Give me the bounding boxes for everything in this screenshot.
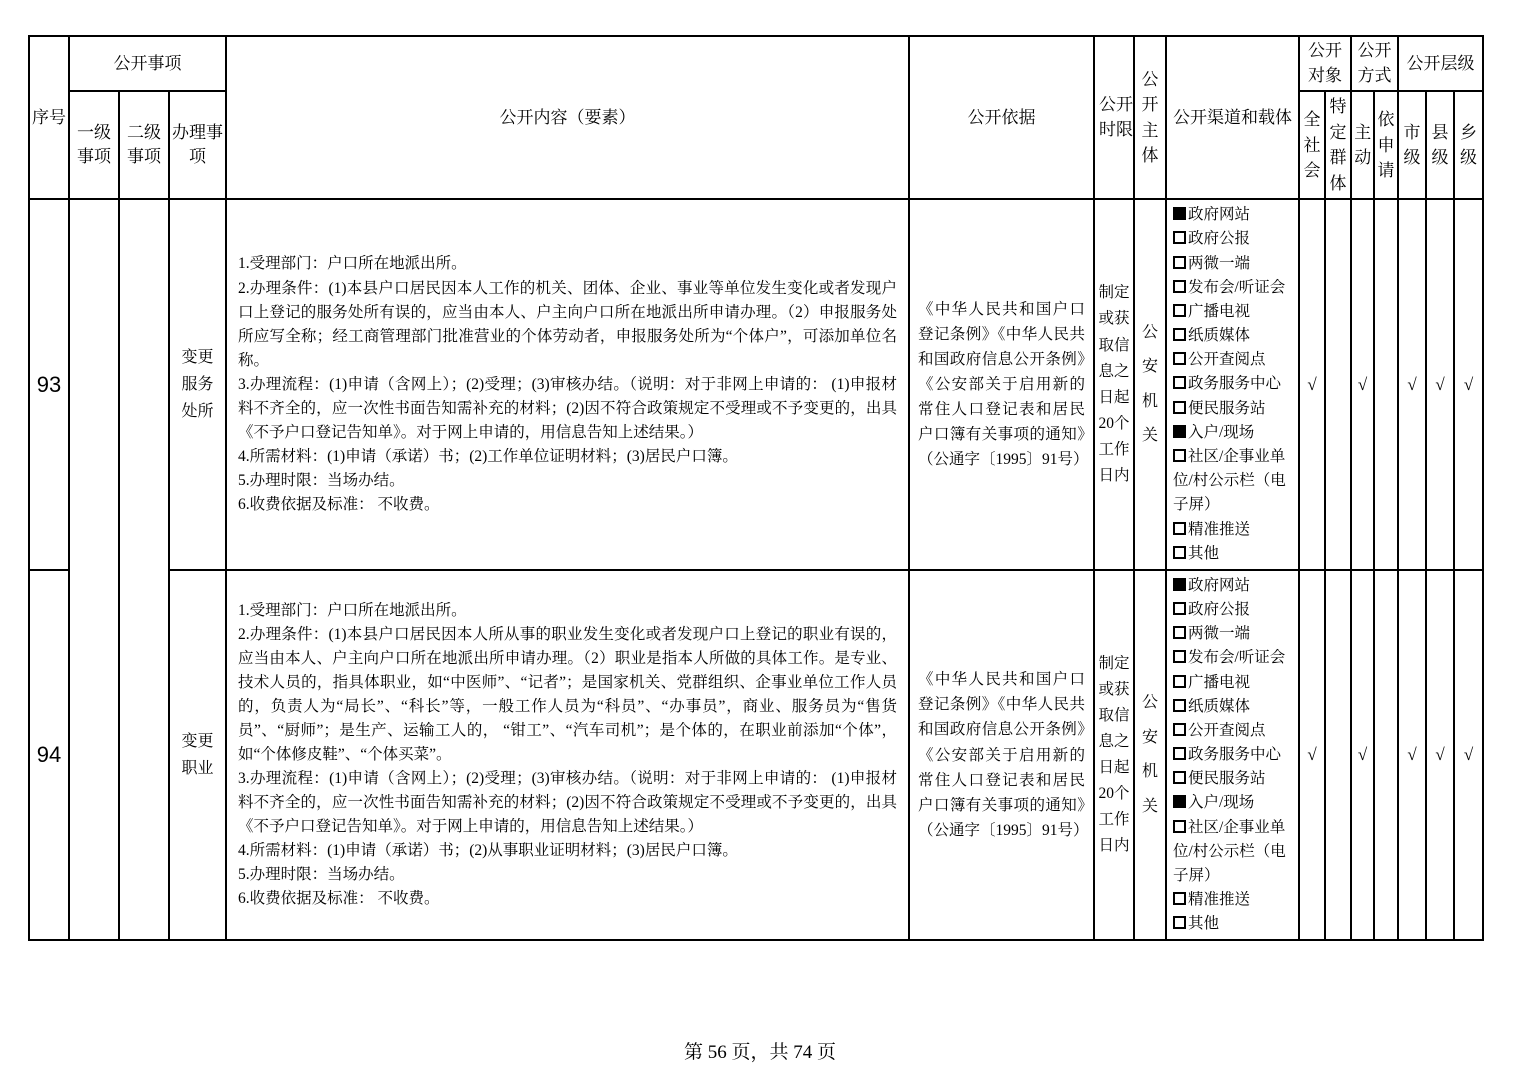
cell-channels-94: 政府网站 政府公报 两微一端 发布会/听证会 广播电视 纸质媒体 公开查阅点 政… — [1166, 570, 1299, 941]
channel-item: 精准推送 — [1173, 518, 1296, 542]
table-row-93: 93 变更服务处所 1.受理部门：户口所在地派出所。 2.办理条件：(1)本县户… — [29, 199, 1483, 570]
content-item: 2.办理条件：(1)本县户口居民因本人工作的机关、团体、企业、事业等单位发生变化… — [238, 277, 897, 373]
channel-item: 便民服务站 — [1173, 397, 1296, 421]
checkbox-icon — [1173, 522, 1186, 535]
checkbox-icon — [1173, 602, 1186, 615]
cell-mark-city-94: √ — [1398, 570, 1426, 941]
cell-channels-93: 政府网站 政府公报 两微一端 发布会/听证会 广播电视 纸质媒体 公开查阅点 政… — [1166, 199, 1299, 570]
cell-subject-94: 公安机关 — [1134, 570, 1166, 941]
city-level-header-text: 市级 — [1402, 120, 1422, 171]
col-header-audience: 公开对象 — [1299, 36, 1351, 91]
col-header-basis: 公开依据 — [909, 36, 1094, 199]
channel-item: 其他 — [1173, 542, 1296, 566]
checkbox-icon — [1173, 771, 1186, 784]
col-header-specific-groups: 特定群体 — [1325, 91, 1351, 199]
checkbox-icon — [1173, 675, 1186, 688]
content-item: 3.办理流程：(1)申请（含网上）；(2)受理；(3)审核办结。（说明：对于非网… — [238, 373, 897, 445]
channel-label: 精准推送 — [1188, 891, 1250, 908]
time-limit-header-text: 公开时限 — [1096, 93, 1134, 142]
col-header-whole-society: 全社会 — [1299, 91, 1325, 199]
cell-mark-proactive-93: √ — [1351, 199, 1374, 570]
channel-item: 政府网站 — [1173, 203, 1296, 227]
channel-label: 入户/现场 — [1188, 794, 1254, 811]
checkbox-icon — [1173, 650, 1186, 663]
channel-item: 广播电视 — [1173, 300, 1296, 324]
cell-subject-93: 公安机关 — [1134, 199, 1166, 570]
channel-label: 政务服务中心 — [1188, 746, 1281, 763]
content-item: 3.办理流程：(1)申请（含网上）；(2)受理；(3)审核办结。（说明：对于非网… — [238, 767, 897, 839]
channel-item: 其他 — [1173, 912, 1296, 936]
col-header-seq: 序号 — [29, 36, 69, 199]
county-level-header-text: 县级 — [1430, 120, 1450, 171]
channel-item: 入户/现场 — [1173, 421, 1296, 445]
channel-item: 广播电视 — [1173, 671, 1296, 695]
whole-society-header-text: 全社会 — [1302, 107, 1322, 184]
channel-item: 公开查阅点 — [1173, 719, 1296, 743]
cell-mark-whole-society-94: √ — [1299, 570, 1325, 941]
col-header-subject: 公开主体 — [1134, 36, 1166, 199]
proactive-header-text: 主动 — [1353, 120, 1373, 171]
col-header-city-level: 市级 — [1398, 91, 1426, 199]
method-header-text: 公开方式 — [1355, 39, 1395, 88]
channel-label: 两微一端 — [1188, 625, 1250, 642]
cell-mark-township-94: √ — [1454, 570, 1483, 941]
table-row-94: 94 变更职业 1.受理部门：户口所在地派出所。 2.办理条件：(1)本县户口居… — [29, 570, 1483, 941]
checkbox-icon — [1173, 231, 1186, 244]
checkbox-icon — [1173, 820, 1186, 833]
checkbox-icon — [1173, 626, 1186, 639]
checkbox-icon — [1173, 546, 1186, 559]
channel-label: 两微一端 — [1188, 255, 1250, 272]
channel-item: 纸质媒体 — [1173, 324, 1296, 348]
audience-header-text: 公开对象 — [1305, 39, 1345, 88]
channel-label: 便民服务站 — [1188, 400, 1266, 417]
col-header-county-level: 县级 — [1426, 91, 1454, 199]
cell-content-94: 1.受理部门：户口所在地派出所。 2.办理条件：(1)本县户口居民因本人所从事的… — [226, 570, 909, 941]
channel-label: 广播电视 — [1188, 674, 1250, 691]
channel-item: 两微一端 — [1173, 252, 1296, 276]
col-header-channels: 公开渠道和载体 — [1166, 36, 1299, 199]
channel-label: 精准推送 — [1188, 521, 1250, 538]
channel-item: 社区/企事业单位/村公示栏（电子屏） — [1173, 816, 1296, 889]
cell-handling-94: 变更职业 — [169, 570, 226, 941]
col-header-township-level: 乡级 — [1454, 91, 1483, 199]
channel-item: 社区/企事业单位/村公示栏（电子屏） — [1173, 445, 1296, 518]
township-level-header-text: 乡级 — [1459, 120, 1479, 171]
channel-item: 政务服务中心 — [1173, 743, 1296, 767]
subject-header-text: 公开主体 — [1140, 67, 1160, 169]
upon-request-header-text: 依申请 — [1376, 107, 1396, 184]
channel-label: 便民服务站 — [1188, 770, 1266, 787]
cell-mark-county-94: √ — [1426, 570, 1454, 941]
checkbox-icon — [1173, 352, 1186, 365]
channel-label: 政府公报 — [1188, 230, 1250, 247]
checkbox-icon — [1173, 376, 1186, 389]
cell-mark-proactive-94: √ — [1351, 570, 1374, 941]
cell-basis-94: 《中华人民共和国户口登记条例》《中华人民共和国政府信息公开条例》《公安部关于启用… — [909, 570, 1094, 941]
specific-groups-header-text: 特定群体 — [1328, 94, 1348, 196]
channel-label: 社区/企事业单位/村公示栏（电子屏） — [1173, 819, 1286, 884]
checkbox-icon — [1173, 578, 1186, 591]
content-item: 1.受理部门：户口所在地派出所。 — [238, 599, 897, 623]
cell-content-93: 1.受理部门：户口所在地派出所。 2.办理条件：(1)本县户口居民因本人工作的机… — [226, 199, 909, 570]
content-item: 5.办理时限：当场办结。 — [238, 469, 897, 493]
cell-mark-county-93: √ — [1426, 199, 1454, 570]
channel-item: 精准推送 — [1173, 888, 1296, 912]
cell-time-limit-93: 制定或获取信息之日起20个工作日内 — [1094, 199, 1134, 570]
channel-label: 政府网站 — [1188, 577, 1250, 594]
subject-text: 公安机关 — [1141, 686, 1159, 824]
col-header-handling: 办理事项 — [169, 91, 226, 199]
content-item: 5.办理时限：当场办结。 — [238, 863, 897, 887]
checkbox-icon — [1173, 699, 1186, 712]
col-header-method: 公开方式 — [1351, 36, 1398, 91]
cell-mark-whole-society-93: √ — [1299, 199, 1325, 570]
channel-label: 发布会/听证会 — [1188, 279, 1285, 296]
checkbox-icon — [1173, 892, 1186, 905]
channel-label: 入户/现场 — [1188, 424, 1254, 441]
channel-label: 社区/企事业单位/村公示栏（电子屏） — [1173, 448, 1286, 513]
channel-label: 广播电视 — [1188, 303, 1250, 320]
checkbox-icon — [1173, 256, 1186, 269]
checkbox-icon — [1173, 425, 1186, 438]
channel-item: 纸质媒体 — [1173, 695, 1296, 719]
cell-time-limit-94: 制定或获取信息之日起20个工作日内 — [1094, 570, 1134, 941]
channel-label: 纸质媒体 — [1188, 327, 1250, 344]
channel-label: 其他 — [1188, 915, 1219, 932]
cell-mark-specific-groups-93 — [1325, 199, 1351, 570]
cell-handling-93: 变更服务处所 — [169, 199, 226, 570]
col-header-time-limit: 公开时限 — [1094, 36, 1134, 199]
checkbox-icon — [1173, 280, 1186, 293]
channel-item: 政务服务中心 — [1173, 372, 1296, 396]
cell-mark-upon-request-93 — [1374, 199, 1398, 570]
cell-seq-93: 93 — [29, 199, 69, 570]
channel-item: 发布会/听证会 — [1173, 646, 1296, 670]
checkbox-icon — [1173, 795, 1186, 808]
channel-label: 公开查阅点 — [1188, 351, 1266, 368]
channel-label: 政府公报 — [1188, 601, 1250, 618]
channel-item: 两微一端 — [1173, 622, 1296, 646]
page-footer: 第 56 页，共 74 页 — [0, 1037, 1520, 1064]
channel-item: 公开查阅点 — [1173, 348, 1296, 372]
col-header-disclosure-items: 公开事项 — [69, 36, 226, 91]
col-header-upon-request: 依申请 — [1374, 91, 1398, 199]
document-sheet: 序号 公开事项 公开内容（要素） 公开依据 公开时限 公开主体 公开渠道和载体 … — [0, 0, 1520, 941]
col-header-levels: 公开层级 — [1398, 36, 1483, 91]
cell-mark-city-93: √ — [1398, 199, 1426, 570]
content-item: 4.所需材料：(1)申请（承诺）书；(2)工作单位证明材料；(3)居民户口簿。 — [238, 445, 897, 469]
checkbox-icon — [1173, 304, 1186, 317]
checkbox-icon — [1173, 916, 1186, 929]
channel-label: 纸质媒体 — [1188, 698, 1250, 715]
channel-item: 入户/现场 — [1173, 791, 1296, 815]
checkbox-icon — [1173, 328, 1186, 341]
channel-item: 发布会/听证会 — [1173, 276, 1296, 300]
checkbox-icon — [1173, 747, 1186, 760]
checkbox-icon — [1173, 207, 1186, 220]
time-limit-text: 制定或获取信息之日起20个工作日内 — [1096, 280, 1132, 488]
disclosure-table: 序号 公开事项 公开内容（要素） 公开依据 公开时限 公开主体 公开渠道和载体 … — [28, 35, 1484, 941]
cell-seq-94: 94 — [29, 570, 69, 941]
cell-level2-merged — [119, 199, 169, 940]
channel-label: 其他 — [1188, 545, 1219, 562]
channel-item: 便民服务站 — [1173, 767, 1296, 791]
subject-text: 公安机关 — [1141, 316, 1159, 454]
cell-basis-93: 《中华人民共和国户口登记条例》《中华人民共和国政府信息公开条例》《公安部关于启用… — [909, 199, 1094, 570]
cell-mark-specific-groups-94 — [1325, 570, 1351, 941]
content-item: 6.收费依据及标准： 不收费。 — [238, 493, 897, 517]
channel-label: 发布会/听证会 — [1188, 649, 1285, 666]
time-limit-text: 制定或获取信息之日起20个工作日内 — [1096, 651, 1132, 859]
channel-label: 公开查阅点 — [1188, 722, 1266, 739]
checkbox-icon — [1173, 723, 1186, 736]
checkbox-icon — [1173, 401, 1186, 414]
col-header-proactive: 主动 — [1351, 91, 1374, 199]
channel-item: 政府网站 — [1173, 574, 1296, 598]
content-item: 6.收费依据及标准： 不收费。 — [238, 887, 897, 911]
checkbox-icon — [1173, 449, 1186, 462]
content-item: 1.受理部门：户口所在地派出所。 — [238, 252, 897, 276]
cell-mark-upon-request-94 — [1374, 570, 1398, 941]
col-header-level2: 二级事项 — [119, 91, 169, 199]
content-item: 4.所需材料：(1)申请（承诺）书；(2)从事职业证明材料；(3)居民户口簿。 — [238, 839, 897, 863]
cell-mark-township-93: √ — [1454, 199, 1483, 570]
col-header-level1: 一级事项 — [69, 91, 119, 199]
cell-level1-merged — [69, 199, 119, 940]
content-item: 2.办理条件：(1)本县户口居民因本人所从事的职业发生变化或者发现户口上登记的职… — [238, 623, 897, 767]
channel-item: 政府公报 — [1173, 227, 1296, 251]
col-header-content: 公开内容（要素） — [226, 36, 909, 199]
channel-label: 政务服务中心 — [1188, 375, 1281, 392]
channel-label: 政府网站 — [1188, 206, 1250, 223]
channel-item: 政府公报 — [1173, 598, 1296, 622]
